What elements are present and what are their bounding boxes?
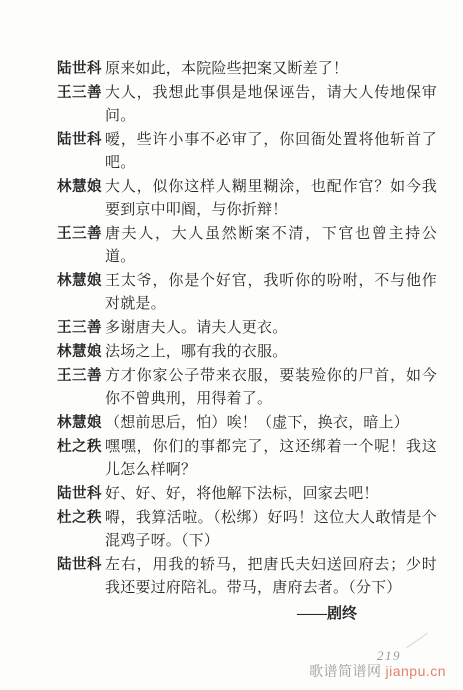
dialogue-script: 陆世科 原来如此，本院险些把案又断差了！ 王三善 大人，我想此事俱是地保诬告，请… xyxy=(57,58,437,626)
watermark-domain: jianpu.cn xyxy=(386,663,447,679)
speech-text: （想前思后，怕）唉！（虚下，换衣，暗上） xyxy=(105,415,409,431)
dialogue-block: 杜之秩 嘚，我算活啦。（松绑）好吗！这位大人敢情是个混鸡子呀。（下） xyxy=(57,507,437,553)
watermark-site-name: 歌谱简谱网 xyxy=(309,665,386,680)
speaker-name: 杜之秩 xyxy=(57,436,103,459)
scanned-script-page: 陆世科 原来如此，本院险些把案又断差了！ 王三善 大人，我想此事俱是地保诬告，请… xyxy=(0,0,463,690)
speaker-name: 陆世科 xyxy=(57,483,103,506)
scan-scratch-artifact xyxy=(406,633,428,649)
dialogue-block: 王三善 多谢唐夫人。请夫人更衣。 xyxy=(57,317,437,340)
speaker-name: 王三善 xyxy=(57,365,103,388)
dialogue-block: 林慧娘 （想前思后，怕）唉！（虚下，换衣，暗上） xyxy=(57,412,437,435)
speaker-name: 林慧娘 xyxy=(57,341,103,364)
speaker-name: 王三善 xyxy=(57,82,103,105)
dialogue-block: 林慧娘 大人，似你这样人糊里糊涂，也配作官？如今我要到京中叩阍，与你折辩！ xyxy=(57,176,437,222)
speech-text: 嘚，我算活啦。（松绑）好吗！这位大人敢情是个混鸡子呀。（下） xyxy=(105,510,437,549)
speech-text: 唐夫人，大人虽然断案不清，下官也曾主持公道。 xyxy=(105,226,437,265)
dialogue-block: 林慧娘 法场之上，哪有我的衣服。 xyxy=(57,341,437,364)
dialogue-block: 陆世科 左右，用我的轿马，把唐氏夫妇送回府去；少时我还要过府陪礼。带马，唐府去者… xyxy=(57,554,437,600)
speech-text: 好、好、好，将他解下法标，回家去吧！ xyxy=(105,486,379,502)
speech-text: 王太爷，你是个好官，我听你的吩咐，不与他作对就是。 xyxy=(105,273,437,312)
watermark: 歌谱简谱网 jianpu.cn xyxy=(309,661,446,681)
dialogue-block: 林慧娘 王太爷，你是个好官，我听你的吩咐，不与他作对就是。 xyxy=(57,270,437,316)
speech-text: 法场之上，哪有我的衣服。 xyxy=(105,344,287,360)
dialogue-block: 陆世科 好、好、好，将他解下法标，回家去吧！ xyxy=(57,483,437,506)
speaker-name: 陆世科 xyxy=(57,129,103,152)
speaker-name: 杜之秩 xyxy=(57,507,103,530)
speaker-name: 林慧娘 xyxy=(57,412,103,435)
end-of-play-mark: ——剧终 xyxy=(57,603,437,626)
speech-text: 原来如此，本院险些把案又断差了！ xyxy=(105,61,348,77)
speaker-name: 林慧娘 xyxy=(57,176,103,199)
speech-text: 大人，我想此事俱是地保诬告，请大人传地保审问。 xyxy=(105,85,437,124)
speech-text: 多谢唐夫人。请夫人更衣。 xyxy=(105,320,287,336)
speech-text: 嗳，些许小事不必审了，你回衙处置将他斩首了吧。 xyxy=(105,132,437,171)
speaker-name: 林慧娘 xyxy=(57,270,103,293)
dialogue-block: 陆世科 嗳，些许小事不必审了，你回衙处置将他斩首了吧。 xyxy=(57,129,437,175)
dialogue-block: 王三善 方才你家公子带来衣服，要装殓你的尸首，如今你不曾典刑，用得着了。 xyxy=(57,365,437,411)
speech-text: 左右，用我的轿马，把唐氏夫妇送回府去；少时我还要过府陪礼。带马，唐府去者。（分下… xyxy=(105,557,437,596)
dialogue-block: 杜之秩 嘿嘿，你们的事都完了，这还绑着一个呢！我这儿怎么样啊？ xyxy=(57,436,437,482)
dialogue-block: 王三善 大人，我想此事俱是地保诬告，请大人传地保审问。 xyxy=(57,82,437,128)
speech-text: 方才你家公子带来衣服，要装殓你的尸首，如今你不曾典刑，用得着了。 xyxy=(105,368,437,407)
speaker-name: 陆世科 xyxy=(57,58,103,81)
dialogue-block: 陆世科 原来如此，本院险些把案又断差了！ xyxy=(57,58,437,81)
speaker-name: 陆世科 xyxy=(57,554,103,577)
dialogue-block: 王三善 唐夫人，大人虽然断案不清，下官也曾主持公道。 xyxy=(57,223,437,269)
speech-text: 嘿嘿，你们的事都完了，这还绑着一个呢！我这儿怎么样啊？ xyxy=(105,439,437,478)
speaker-name: 王三善 xyxy=(57,223,103,246)
speech-text: 大人，似你这样人糊里糊涂，也配作官？如今我要到京中叩阍，与你折辩！ xyxy=(105,179,437,218)
speaker-name: 王三善 xyxy=(57,317,103,340)
